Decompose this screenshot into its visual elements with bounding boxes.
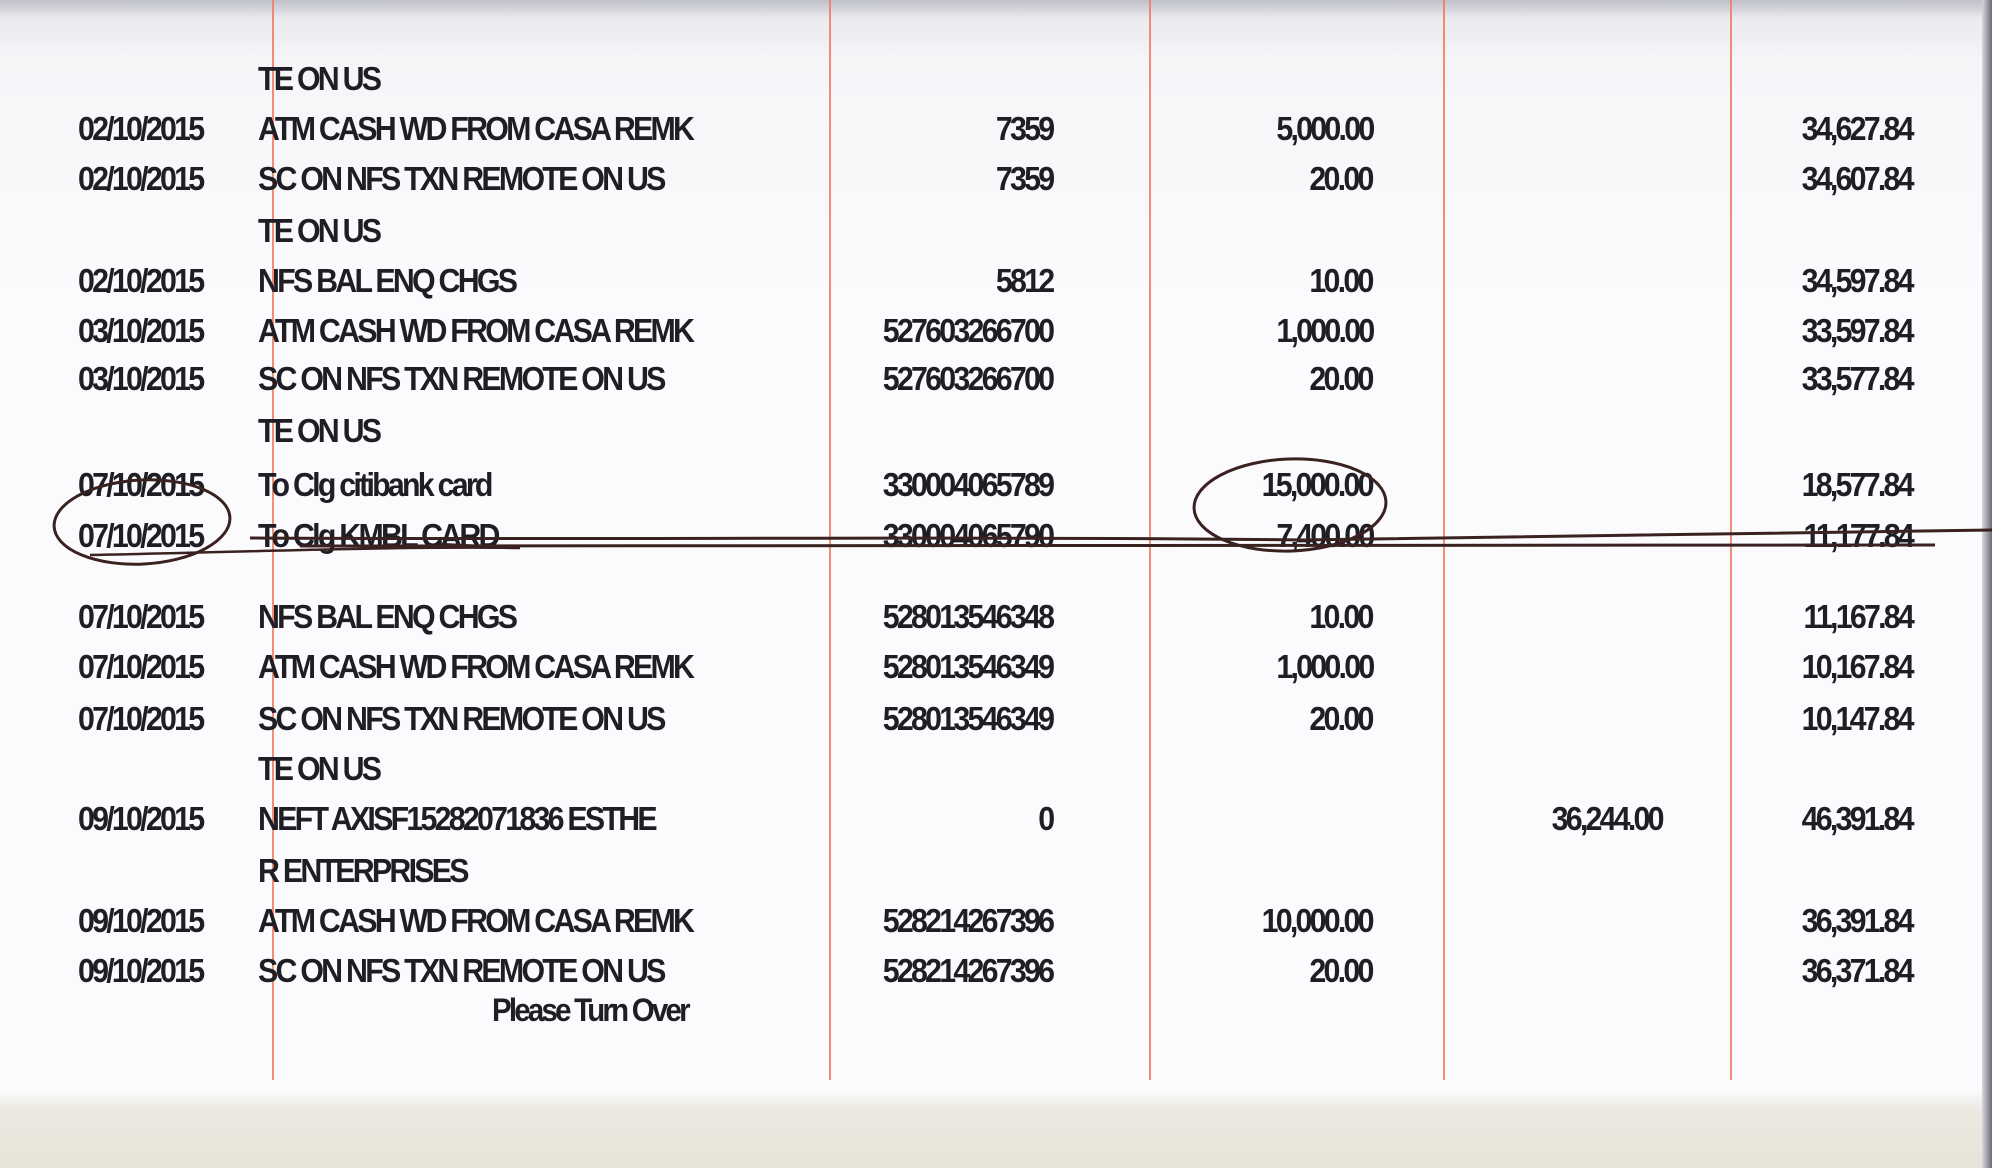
balance-cell: 11,177.84 — [1803, 517, 1912, 555]
description-cell: NEFT AXISF15282071836 ESTHE — [258, 800, 655, 838]
reference-cell: 330004065790 — [882, 517, 1052, 555]
description-cell: NFS BAL ENQ CHGS — [258, 262, 515, 300]
table-row: TE ON US — [0, 212, 1992, 252]
withdrawal-cell: 7,400.00 — [1276, 517, 1372, 555]
balance-cell: 34,607.84 — [1802, 160, 1912, 198]
balance-cell: 36,391.84 — [1802, 902, 1912, 940]
date-cell: 07/10/2015 — [78, 700, 202, 738]
table-row: 03/10/2015SC ON NFS TXN REMOTE ON US5276… — [0, 360, 1992, 400]
withdrawal-cell: 1,000.00 — [1276, 648, 1372, 686]
description-cell: TE ON US — [258, 750, 379, 788]
withdrawal-cell: 20.00 — [1310, 160, 1372, 198]
please-turn-over-note: Please Turn Over — [492, 992, 688, 1029]
description-cell: TE ON US — [258, 60, 379, 98]
table-row: 09/10/2015NEFT AXISF15282071836 ESTHE036… — [0, 800, 1992, 840]
description-cell: SC ON NFS TXN REMOTE ON US — [258, 160, 664, 198]
balance-cell: 36,371.84 — [1802, 952, 1912, 990]
description-cell: TE ON US — [258, 212, 379, 250]
description-cell: ATM CASH WD FROM CASA REMK — [258, 902, 692, 940]
date-cell: 02/10/2015 — [78, 110, 202, 148]
date-cell: 02/10/2015 — [78, 262, 202, 300]
table-row: 03/10/2015ATM CASH WD FROM CASA REMK5276… — [0, 312, 1992, 352]
withdrawal-cell: 10,000.00 — [1262, 902, 1372, 940]
withdrawal-cell: 10.00 — [1310, 262, 1372, 300]
withdrawal-cell: 10.00 — [1310, 598, 1372, 636]
description-cell: SC ON NFS TXN REMOTE ON US — [258, 360, 664, 398]
balance-cell: 33,597.84 — [1802, 312, 1912, 350]
description-cell: SC ON NFS TXN REMOTE ON US — [258, 952, 664, 990]
table-row: TE ON US — [0, 412, 1992, 452]
table-row: TE ON US — [0, 750, 1992, 790]
date-cell: 07/10/2015 — [78, 517, 202, 555]
table-row: 07/10/2015NFS BAL ENQ CHGS52801354634810… — [0, 598, 1992, 638]
date-cell: 03/10/2015 — [78, 360, 202, 398]
deposit-cell: 36,244.00 — [1552, 800, 1662, 838]
withdrawal-cell: 5,000.00 — [1276, 110, 1372, 148]
table-row: 07/10/2015ATM CASH WD FROM CASA REMK5280… — [0, 648, 1992, 688]
date-cell: 07/10/2015 — [78, 648, 202, 686]
table-row: 02/10/2015ATM CASH WD FROM CASA REMK7359… — [0, 110, 1992, 150]
table-row: 07/10/2015To Clg KMBL CARD3300040657907,… — [0, 517, 1992, 557]
description-cell: ATM CASH WD FROM CASA REMK — [258, 110, 692, 148]
description-cell: To Clg citibank card — [258, 466, 491, 504]
balance-cell: 10,167.84 — [1802, 648, 1912, 686]
date-cell: 09/10/2015 — [78, 952, 202, 990]
reference-cell: 7359 — [995, 110, 1052, 148]
table-row: 07/10/2015SC ON NFS TXN REMOTE ON US5280… — [0, 700, 1992, 740]
balance-cell: 34,627.84 — [1802, 110, 1912, 148]
reference-cell: 527603266700 — [882, 360, 1052, 398]
balance-cell: 18,577.84 — [1802, 466, 1912, 504]
balance-cell: 46,391.84 — [1802, 800, 1912, 838]
date-cell: 09/10/2015 — [78, 902, 202, 940]
balance-cell: 33,577.84 — [1802, 360, 1912, 398]
description-cell: ATM CASH WD FROM CASA REMK — [258, 648, 692, 686]
table-row: 02/10/2015NFS BAL ENQ CHGS581210.0034,59… — [0, 262, 1992, 302]
description-cell: R ENTERPRISES — [258, 852, 467, 890]
description-cell: SC ON NFS TXN REMOTE ON US — [258, 700, 664, 738]
reference-cell: 528214267396 — [882, 902, 1052, 940]
reference-cell: 528013546348 — [882, 598, 1052, 636]
description-cell: TE ON US — [258, 412, 379, 450]
table-row: 09/10/2015SC ON NFS TXN REMOTE ON US5282… — [0, 952, 1992, 992]
date-cell: 02/10/2015 — [78, 160, 202, 198]
reference-cell: 528013546349 — [882, 700, 1052, 738]
date-cell: 03/10/2015 — [78, 312, 202, 350]
withdrawal-cell: 20.00 — [1310, 700, 1372, 738]
reference-cell: 528214267396 — [882, 952, 1052, 990]
table-row: 09/10/2015ATM CASH WD FROM CASA REMK5282… — [0, 902, 1992, 942]
table-row: 02/10/2015SC ON NFS TXN REMOTE ON US7359… — [0, 160, 1992, 200]
reference-cell: 330004065789 — [882, 466, 1052, 504]
balance-cell: 10,147.84 — [1802, 700, 1912, 738]
reference-cell: 5812 — [995, 262, 1052, 300]
reference-cell: 527603266700 — [882, 312, 1052, 350]
description-cell: ATM CASH WD FROM CASA REMK — [258, 312, 692, 350]
reference-cell: 528013546349 — [882, 648, 1052, 686]
withdrawal-cell: 20.00 — [1310, 952, 1372, 990]
table-row: R ENTERPRISES — [0, 852, 1992, 892]
withdrawal-cell: 15,000.00 — [1262, 466, 1372, 504]
balance-cell: 11,167.84 — [1803, 598, 1912, 636]
withdrawal-cell: 1,000.00 — [1276, 312, 1372, 350]
description-cell: To Clg KMBL CARD — [258, 517, 498, 555]
reference-cell: 0 — [1038, 800, 1052, 838]
table-row: 07/10/2015To Clg citibank card3300040657… — [0, 466, 1992, 506]
description-cell: NFS BAL ENQ CHGS — [258, 598, 515, 636]
withdrawal-cell: 20.00 — [1310, 360, 1372, 398]
balance-cell: 34,597.84 — [1802, 262, 1912, 300]
table-row: TE ON US — [0, 60, 1992, 100]
date-cell: 07/10/2015 — [78, 466, 202, 504]
date-cell: 09/10/2015 — [78, 800, 202, 838]
reference-cell: 7359 — [995, 160, 1052, 198]
date-cell: 07/10/2015 — [78, 598, 202, 636]
